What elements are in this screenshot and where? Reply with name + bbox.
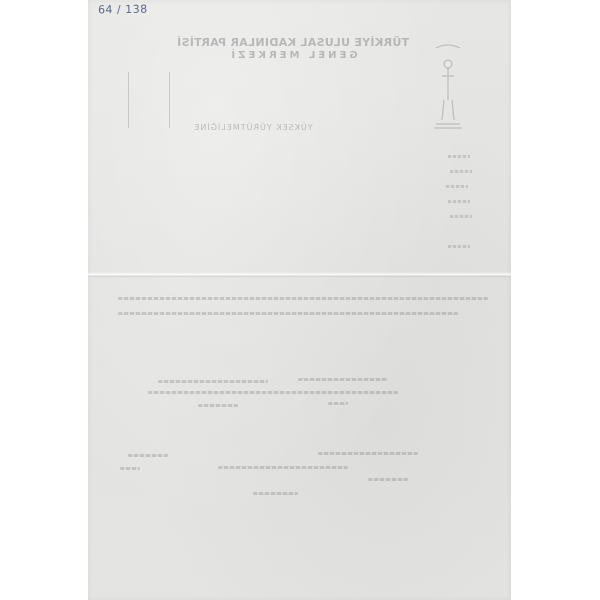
bleed-text-line xyxy=(328,402,348,405)
bleed-text-line xyxy=(128,454,168,457)
bleed-text-line xyxy=(450,215,472,218)
statue-emblem-icon xyxy=(428,40,468,132)
bleed-text-line xyxy=(318,452,418,455)
bleed-text-line xyxy=(368,478,408,481)
fold-crease xyxy=(88,272,511,278)
bleed-text-line xyxy=(120,467,140,470)
bleed-text-line xyxy=(448,245,470,248)
letterhead-frame xyxy=(128,72,170,128)
bleed-text-line xyxy=(118,297,488,300)
archive-number: 64 / 138 xyxy=(98,3,148,17)
bleed-text-line xyxy=(448,155,470,158)
bleed-text-line xyxy=(298,378,388,381)
bleed-text-line xyxy=(118,312,458,315)
bleed-text-line xyxy=(158,380,268,383)
paper-sheet: 64 / 138 TÜRKİYE ULUSAL KADINLAR PARTİSİ… xyxy=(88,0,511,600)
bleed-text-line xyxy=(253,492,298,495)
letterhead-subtitle: GENEL MERKEZİ xyxy=(148,50,438,61)
addressee-line: YÜKSEK YÜRÜTMELİĞİNE xyxy=(183,123,323,132)
bleed-text-line xyxy=(198,404,238,407)
bleed-text-line xyxy=(148,391,398,394)
letterhead-title: TÜRKİYE ULUSAL KADINLAR PARTİSİ xyxy=(148,36,438,49)
bleed-text-line xyxy=(448,200,470,203)
bleed-text-line xyxy=(450,170,472,173)
bleed-text-line xyxy=(446,185,468,188)
bleed-text-line xyxy=(218,466,348,469)
